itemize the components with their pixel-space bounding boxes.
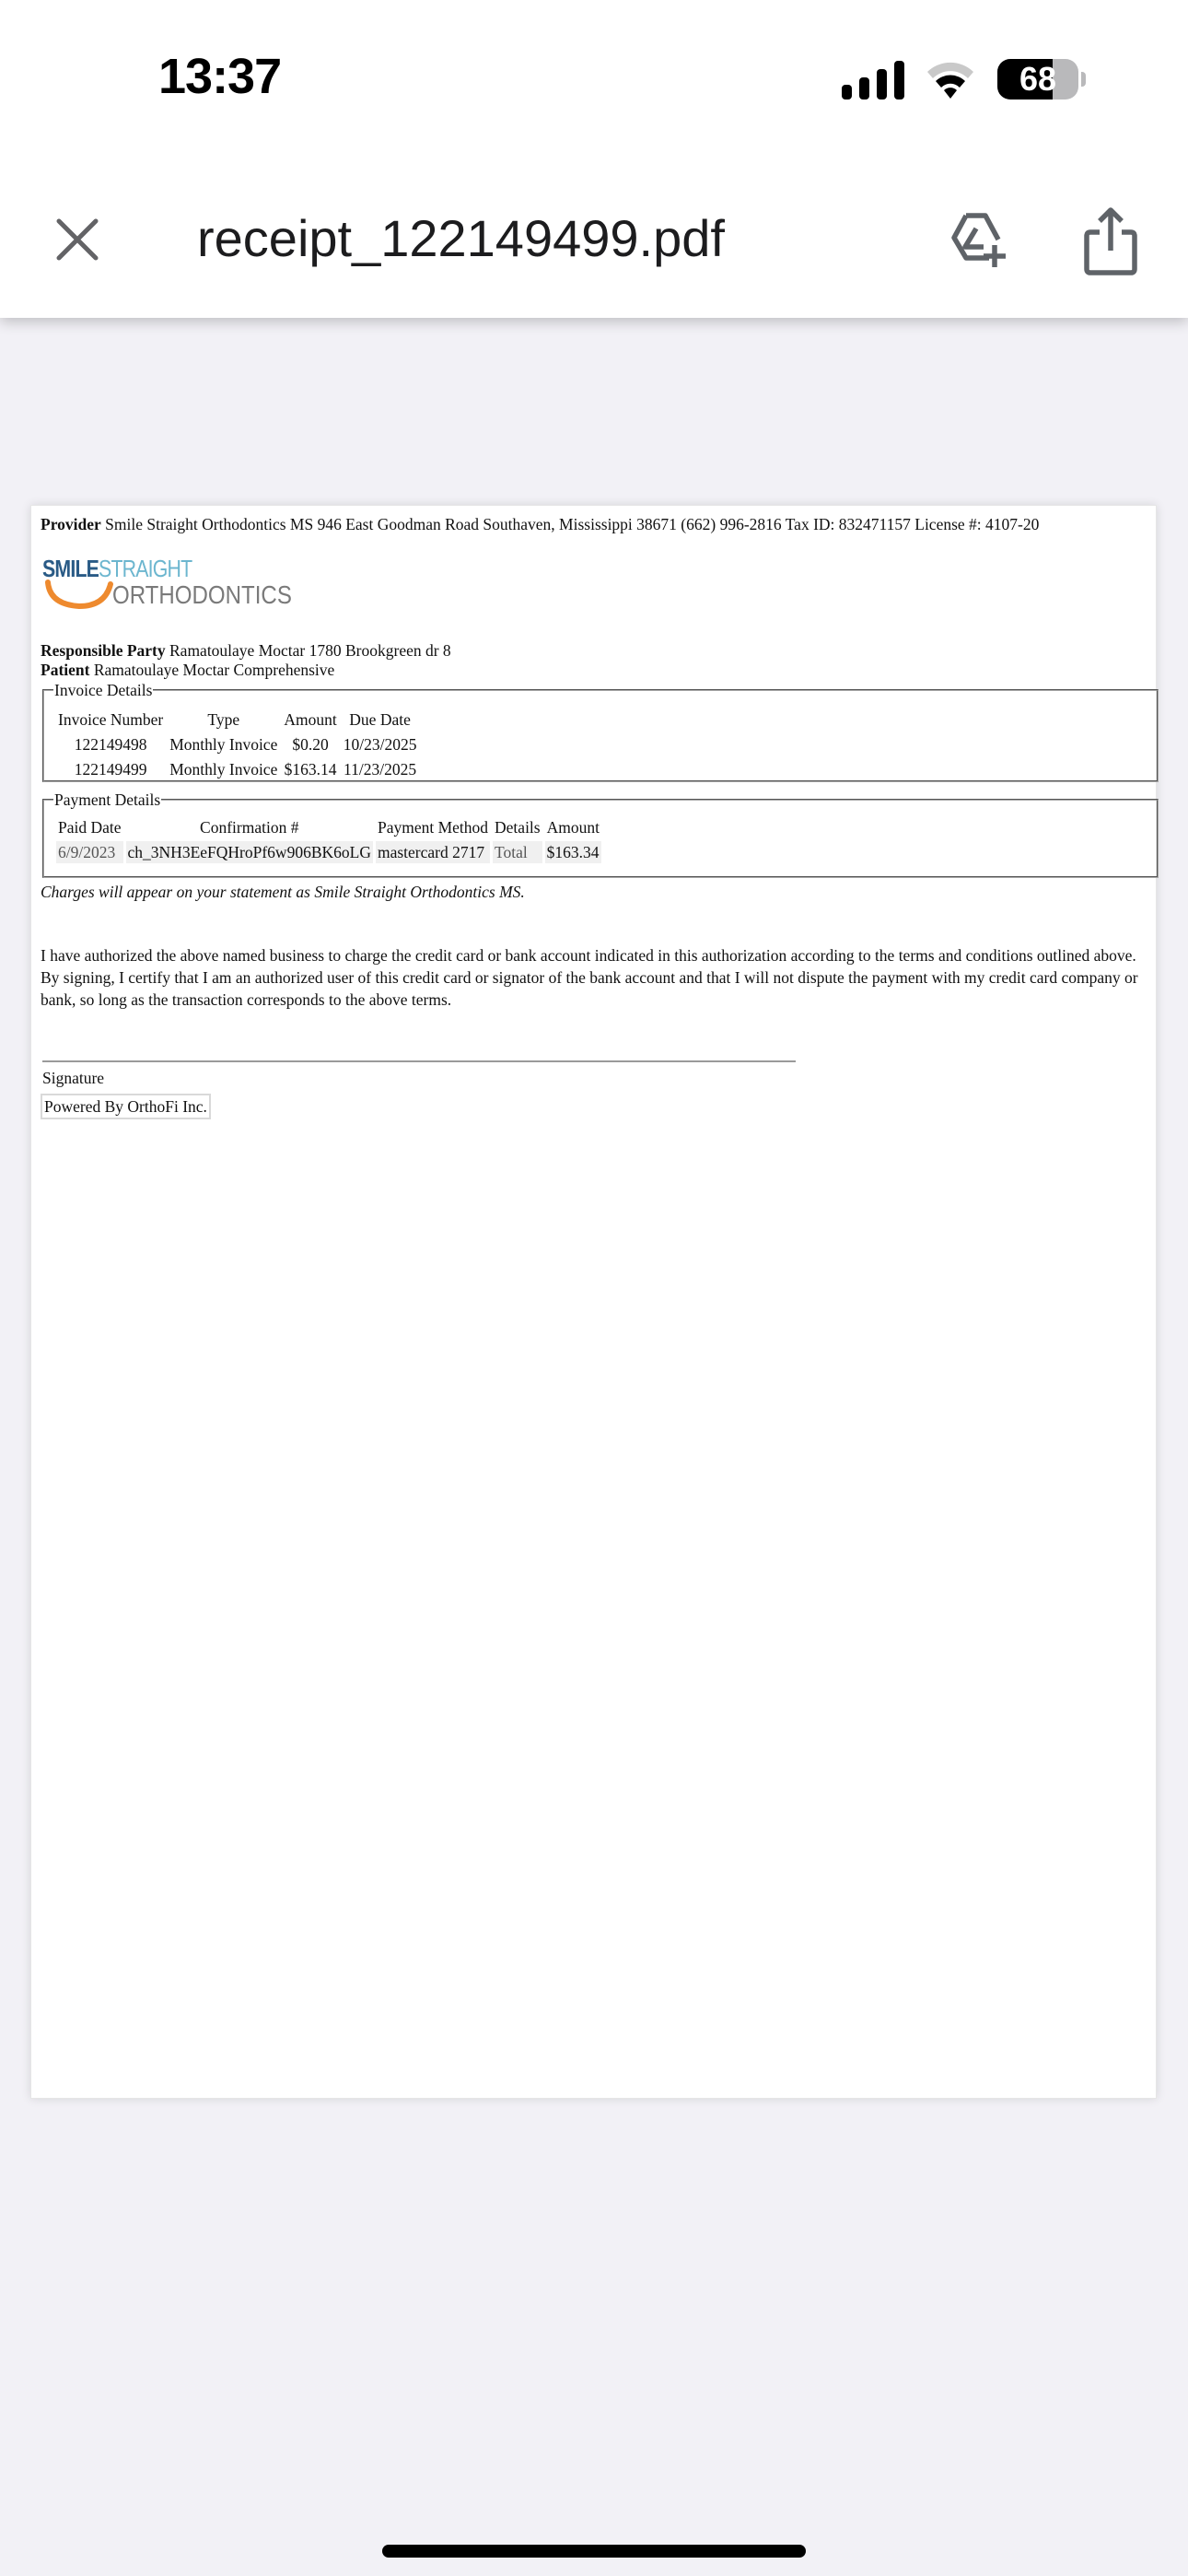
payment-details-legend: Payment Details bbox=[53, 791, 161, 808]
pdf-page: Provider Smile Straight Orthodontics MS … bbox=[30, 505, 1157, 2099]
confirmation-number: ch_3NH3EeFQHroPf6w906BK6oLG bbox=[126, 841, 373, 863]
table-row: 6/9/2023 ch_3NH3EeFQHroPf6w906BK6oLG mas… bbox=[56, 841, 601, 863]
col-details: Details bbox=[493, 816, 542, 838]
signature-label: Signature bbox=[42, 1068, 1145, 1088]
patient-text: Ramatoulaye Moctar Comprehensive bbox=[94, 661, 334, 679]
status-time: 13:37 bbox=[158, 48, 281, 105]
invoice-details-legend: Invoice Details bbox=[53, 682, 153, 698]
powered-by-badge: Powered By OrthoFi Inc. bbox=[41, 1094, 211, 1119]
responsible-party-line: Responsible Party Ramatoulaye Moctar 178… bbox=[41, 641, 1145, 661]
document-title: receipt_122149499.pdf bbox=[197, 208, 725, 268]
invoice-due-date: 10/23/2025 bbox=[342, 733, 419, 755]
provider-logo: SMILESTRAIGHT ORTHODONTICS bbox=[41, 555, 317, 612]
paid-date: 6/9/2023 bbox=[56, 841, 123, 863]
payment-method: mastercard 2717 bbox=[376, 841, 490, 863]
payment-header-row: Paid Date Confirmation # Payment Method … bbox=[56, 816, 601, 838]
patient-line: Patient Ramatoulaye Moctar Comprehensive bbox=[41, 661, 1145, 680]
home-indicator[interactable] bbox=[382, 2545, 806, 2558]
battery-tip bbox=[1081, 72, 1086, 87]
col-amount: Amount bbox=[282, 708, 338, 731]
invoice-number: 122149498 bbox=[56, 733, 165, 755]
payment-details-section: Payment Details Paid Date Confirmation #… bbox=[42, 791, 1159, 878]
close-icon[interactable] bbox=[52, 214, 103, 265]
col-payment-method: Payment Method bbox=[376, 816, 490, 838]
table-row: 122149498 Monthly Invoice $0.20 10/23/20… bbox=[56, 733, 418, 755]
battery-level: 68 bbox=[997, 59, 1078, 100]
col-type: Type bbox=[168, 708, 279, 731]
responsible-party-label: Responsible Party bbox=[41, 641, 166, 660]
col-confirmation: Confirmation # bbox=[126, 816, 373, 838]
patient-label: Patient bbox=[41, 661, 89, 679]
table-row: 122149499 Monthly Invoice $163.14 11/23/… bbox=[56, 758, 418, 780]
col-amount: Amount bbox=[545, 816, 601, 838]
signature-line bbox=[42, 1060, 796, 1062]
battery-icon: 68 bbox=[997, 59, 1078, 100]
responsible-party-text: Ramatoulaye Moctar 1780 Brookgreen dr 8 bbox=[169, 641, 451, 660]
provider-text: Smile Straight Orthodontics MS 946 East … bbox=[105, 515, 1039, 533]
invoice-amount: $163.14 bbox=[282, 758, 338, 780]
payment-amount: $163.34 bbox=[545, 841, 601, 863]
provider-line: Provider Smile Straight Orthodontics MS … bbox=[41, 515, 1145, 534]
cellular-signal-icon bbox=[842, 61, 906, 100]
invoice-amount: $0.20 bbox=[282, 733, 338, 755]
invoice-header-row: Invoice Number Type Amount Due Date bbox=[56, 708, 418, 731]
smile-arc-icon bbox=[44, 579, 118, 612]
invoice-type: Monthly Invoice bbox=[168, 733, 279, 755]
payment-details: Total bbox=[493, 841, 542, 863]
payment-table: Paid Date Confirmation # Payment Method … bbox=[53, 814, 604, 866]
top-bar: 13:37 68 receipt_122149499.pdf bbox=[0, 0, 1188, 318]
provider-label: Provider bbox=[41, 515, 101, 533]
col-invoice-number: Invoice Number bbox=[56, 708, 165, 731]
col-due-date: Due Date bbox=[342, 708, 419, 731]
share-icon[interactable] bbox=[1083, 206, 1138, 276]
add-to-drive-icon[interactable] bbox=[945, 206, 1009, 271]
statement-note: Charges will appear on your statement as… bbox=[41, 882, 1145, 902]
authorization-text: I have authorized the above named busine… bbox=[41, 944, 1150, 1011]
pdf-content: Provider Smile Straight Orthodontics MS … bbox=[41, 515, 1145, 1119]
col-paid-date: Paid Date bbox=[56, 816, 123, 838]
invoice-details-section: Invoice Details Invoice Number Type Amou… bbox=[42, 682, 1159, 782]
invoice-number: 122149499 bbox=[56, 758, 165, 780]
wifi-icon bbox=[924, 59, 977, 100]
invoice-type: Monthly Invoice bbox=[168, 758, 279, 780]
invoice-table: Invoice Number Type Amount Due Date 1221… bbox=[53, 706, 421, 783]
logo-wordmark-bottom: ORTHODONTICS bbox=[112, 580, 292, 610]
invoice-due-date: 11/23/2025 bbox=[342, 758, 419, 780]
